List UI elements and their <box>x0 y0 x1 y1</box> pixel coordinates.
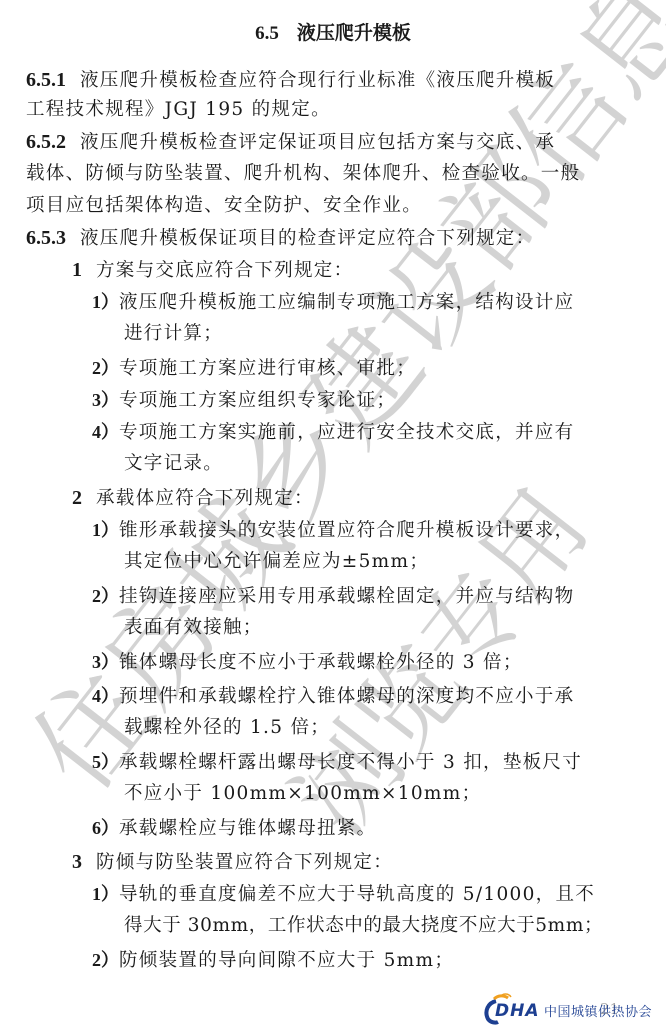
subitem-number: 1） <box>92 292 119 312</box>
subitem-3-2: 2）防倾装置的导向间隙不应大于 5mm； <box>92 947 454 974</box>
subitem-1-3: 3）专项施工方案应组织专家论证； <box>92 387 396 414</box>
subitem-2-5: 5）承载螺栓螺杆露出螺母长度不得小于 3 扣，垫板尺寸 <box>92 749 582 776</box>
subitem-text: 专项施工方案应进行审核、审批； <box>119 358 416 379</box>
logo-text: 中国城镇供热协会 <box>544 1001 652 1020</box>
clause-6-5-2-cont-1: 载体、防倾与防坠装置、爬升机构、架体爬升、检查验收。一般 <box>26 161 580 187</box>
subitem-number: 2） <box>92 358 119 378</box>
item-number: 1 <box>72 259 82 281</box>
subitem-3-1-cont: 得大于 30mm，工作状态中的最大挠度不应大于5mm； <box>124 913 603 939</box>
subitem-2-3: 3）锥体螺母长度不应小于承载螺栓外径的 3 倍； <box>92 649 523 676</box>
item-3: 3防倾与防坠装置应符合下列规定： <box>72 849 393 876</box>
subitem-text: 承载螺栓螺杆露出螺母长度不得小于 3 扣，垫板尺寸 <box>119 752 582 773</box>
subitem-1-1-cont: 进行计算； <box>124 321 223 347</box>
clause-6-5-2-cont-2: 项目应包括架体构造、安全防护、安全作业。 <box>26 193 422 219</box>
document-page: 住房城乡建设部信息公开 浏览专用 6.5液压爬升模板 6.5.1液压爬升模板检查… <box>0 0 666 1033</box>
subitem-number: 4） <box>92 422 119 442</box>
section-heading: 液压爬升模板 <box>297 22 411 44</box>
subitem-1-2: 2）专项施工方案应进行审核、审批； <box>92 355 416 382</box>
subitem-text: 锥形承载接头的安装位置应符合爬升模板设计要求， <box>119 520 574 541</box>
subitem-2-1-cont: 其定位中心允许偏差应为±5mm； <box>124 549 429 575</box>
clause-number: 6.5.1 <box>26 69 66 91</box>
subitem-1-1: 1）液压爬升模板施工应编制专项施工方案，结构设计应 <box>92 289 574 316</box>
subitem-text: 挂钩连接座应采用专用承载螺栓固定，并应与结构物 <box>119 586 574 607</box>
clause-text: 液压爬升模板检查应符合现行行业标准《液压爬升模板 <box>80 70 555 91</box>
subitem-2-2: 2）挂钩连接座应采用专用承载螺栓固定，并应与结构物 <box>92 583 574 610</box>
subitem-2-4-cont: 载螺栓外径的 1.5 倍； <box>124 715 330 741</box>
subitem-2-1: 1）锥形承载接头的安装位置应符合爬升模板设计要求， <box>92 517 574 544</box>
section-title: 6.5液压爬升模板 <box>0 18 666 45</box>
subitem-text: 预埋件和承载螺栓拧入锥体螺母的深度均不应小于承 <box>119 686 574 707</box>
clause-6-5-2: 6.5.2液压爬升模板检查评定保证项目应包括方案与交底、承 <box>26 129 555 156</box>
clause-text: 液压爬升模板检查评定保证项目应包括方案与交底、承 <box>80 132 555 153</box>
subitem-number: 1） <box>92 520 119 540</box>
subitem-text: 专项施工方案应组织专家论证； <box>119 390 396 411</box>
subitem-text: 导轨的垂直度偏差不应大于导轨高度的 5/1000，且不 <box>119 884 595 905</box>
subitem-text: 液压爬升模板施工应编制专项施工方案，结构设计应 <box>119 292 574 313</box>
section-number: 6.5 <box>255 23 279 44</box>
item-2: 2承载体应符合下列规定： <box>72 485 314 512</box>
subitem-3-1: 1）导轨的垂直度偏差不应大于导轨高度的 5/1000，且不 <box>92 881 595 908</box>
item-text: 承载体应符合下列规定： <box>96 488 314 509</box>
subitem-1-4-cont: 文字记录。 <box>124 451 223 477</box>
subitem-number: 3） <box>92 652 119 672</box>
subitem-2-5-cont: 不应小于 100mm×100mm×10mm； <box>124 781 481 807</box>
subitem-number: 2） <box>92 586 119 606</box>
subitem-text: 承载螺栓应与锥体螺母扭紧。 <box>119 818 376 839</box>
clause-6-5-1-cont: 工程技术规程》JGJ 195 的规定。 <box>26 97 331 123</box>
logo-mark: DHA <box>495 1001 540 1021</box>
subitem-number: 1） <box>92 884 119 904</box>
subitem-number: 5） <box>92 752 119 772</box>
item-number: 3 <box>72 851 82 873</box>
subitem-number: 4） <box>92 686 119 706</box>
subitem-number: 3） <box>92 390 119 410</box>
subitem-2-6: 6）承载螺栓应与锥体螺母扭紧。 <box>92 815 376 842</box>
subitem-text: 防倾装置的导向间隙不应大于 5mm； <box>119 950 454 971</box>
item-number: 2 <box>72 487 82 509</box>
clause-6-5-3: 6.5.3液压爬升模板保证项目的检查评定应符合下列规定： <box>26 225 535 252</box>
clause-text: 液压爬升模板保证项目的检查评定应符合下列规定： <box>80 228 535 249</box>
cdha-logo: DHA 中国城镇供热协会 <box>482 993 662 1025</box>
subitem-number: 2） <box>92 950 119 970</box>
clause-number: 6.5.2 <box>26 131 66 153</box>
subitem-number: 6） <box>92 818 119 838</box>
subitem-text: 锥体螺母长度不应小于承载螺栓外径的 3 倍； <box>119 652 523 673</box>
subitem-2-4: 4）预埋件和承载螺栓拧入锥体螺母的深度均不应小于承 <box>92 683 574 710</box>
item-text: 方案与交底应符合下列规定： <box>96 260 353 281</box>
clause-6-5-1: 6.5.1液压爬升模板检查应符合现行行业标准《液压爬升模板 <box>26 67 555 94</box>
item-1: 1方案与交底应符合下列规定： <box>72 257 353 284</box>
subitem-1-4: 4）专项施工方案实施前，应进行安全技术交底，并应有 <box>92 419 574 446</box>
clause-number: 6.5.3 <box>26 227 66 249</box>
item-text: 防倾与防坠装置应符合下列规定： <box>96 852 393 873</box>
subitem-text: 专项施工方案实施前，应进行安全技术交底，并应有 <box>119 422 574 443</box>
subitem-2-2-cont: 表面有效接触； <box>124 615 263 641</box>
